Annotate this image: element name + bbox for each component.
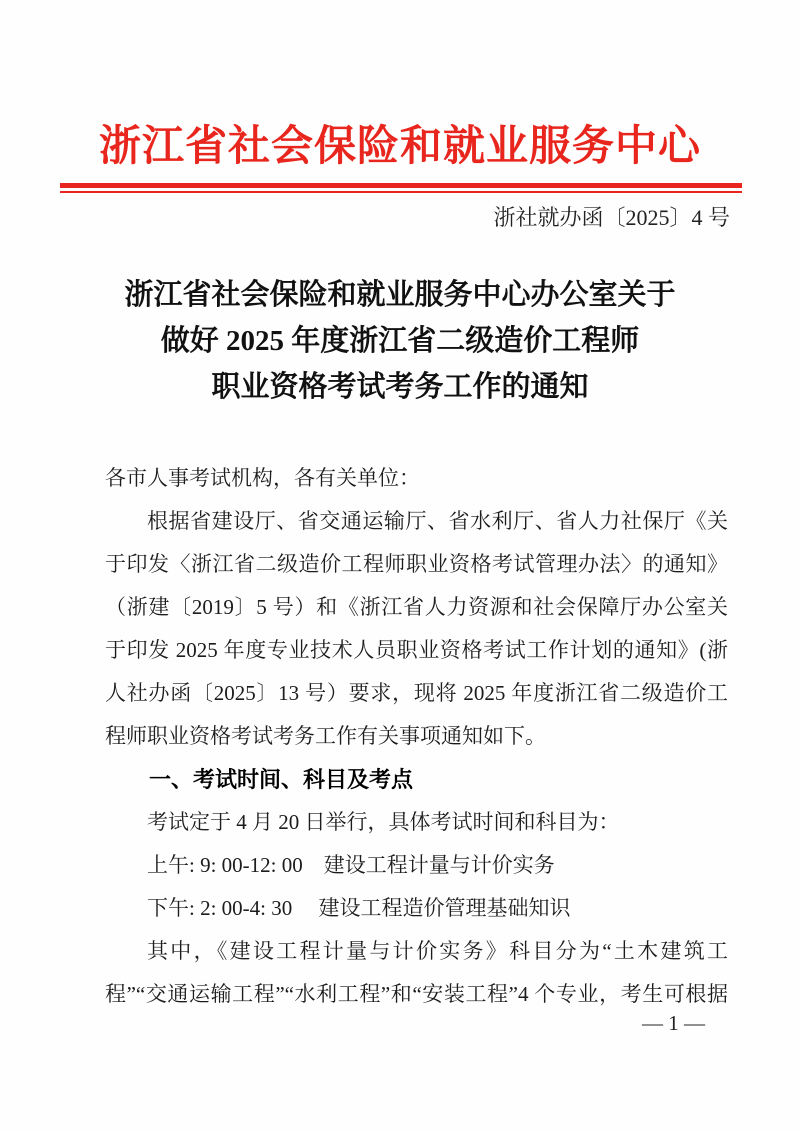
body-line: 其中，《建设工程计量与计价实务》科目分为“土木建筑工 [105, 930, 728, 973]
page-number: — 1 — [642, 1010, 705, 1036]
section-heading: 一、考试时间、科目及考点 [105, 758, 728, 801]
body-line: 程师职业资格考试考务工作有关事项通知如下。 [105, 715, 728, 758]
divider-thick-line [60, 183, 742, 188]
document-title-line-3: 职业资格考试考务工作的通知 [0, 364, 800, 410]
body-line: 考试定于 4 月 20 日举行，具体考试时间和科目为： [105, 801, 728, 844]
body-line: 程”“交通运输工程”“水利工程”和“安装工程”4 个专业，考生可根据 [105, 973, 728, 1016]
schedule-afternoon-line: 下午: 2: 00-4: 30 建设工程造价管理基础知识 [105, 887, 728, 930]
divider-thin-line [60, 191, 742, 193]
body-line: 于印发 2025 年度专业技术人员职业资格考试工作计划的通知》(浙 [105, 629, 728, 672]
body-line: 人社办函〔2025〕13 号）要求，现将 2025 年度浙江省二级造价工 [105, 672, 728, 715]
body-line: 于印发〈浙江省二级造价工程师职业资格考试管理办法〉的通知》 [105, 543, 728, 586]
letterhead-title: 浙江省社会保险和就业服务中心 [0, 118, 800, 176]
body-line: 根据省建设厅、省交通运输厅、省水利厅、省人力社保厅《关 [105, 500, 728, 543]
document-body: 各市人事考试机构，各有关单位： 根据省建设厅、省交通运输厅、省水利厅、省人力社保… [105, 457, 728, 1016]
body-line: （浙建〔2019〕5 号）和《浙江省人力资源和社会保障厅办公室关 [105, 586, 728, 629]
letterhead-divider [60, 183, 742, 193]
salutation-line: 各市人事考试机构，各有关单位： [105, 457, 728, 500]
document-title-line-2: 做好 2025 年度浙江省二级造价工程师 [0, 318, 800, 364]
schedule-morning-line: 上午: 9: 00-12: 00 建设工程计量与计价实务 [105, 844, 728, 887]
scanned-document-page: 浙江省社会保险和就业服务中心 浙社就办函〔2025〕4 号 浙江省社会保险和就业… [0, 0, 800, 1131]
document-title: 浙江省社会保险和就业服务中心办公室关于 做好 2025 年度浙江省二级造价工程师… [0, 272, 800, 410]
document-title-line-1: 浙江省社会保险和就业服务中心办公室关于 [0, 272, 800, 318]
document-number: 浙社就办函〔2025〕4 号 [493, 202, 730, 234]
